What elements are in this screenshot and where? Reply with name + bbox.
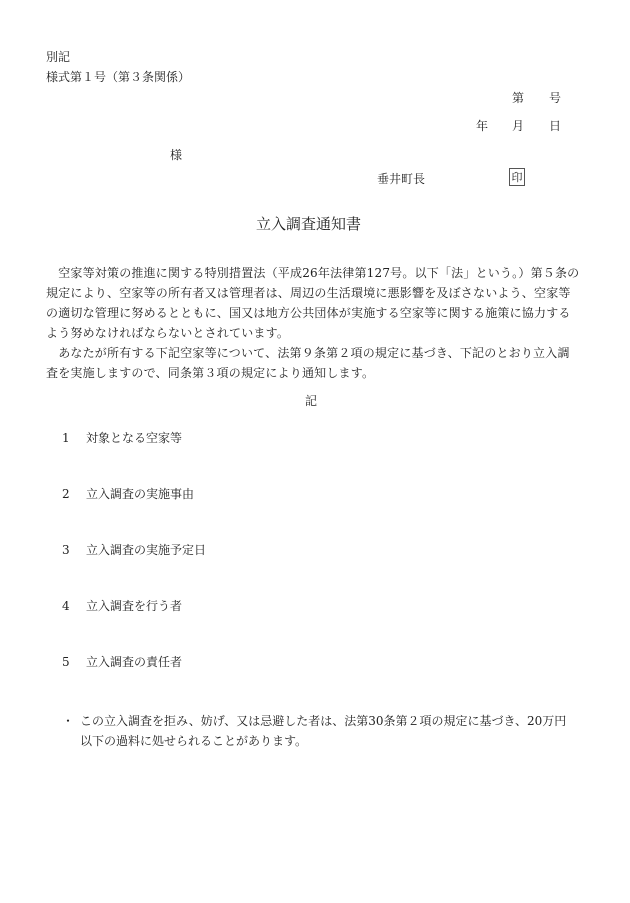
body-line: の適切な管理に努めるとともに、国又は地方公共団体が実施する空家等に関する施策に協…: [46, 303, 586, 323]
body-paragraph: 空家等対策の推進に関する特別措置法（平成26年法律第127号。以下「法」という。…: [46, 263, 586, 383]
item-label: 立入調査を行う者: [86, 599, 182, 613]
item-label: 立入調査の実施事由: [86, 487, 194, 501]
annex-label: 別記: [46, 51, 70, 63]
item-number: 4: [62, 600, 86, 612]
item-number: 2: [62, 488, 86, 500]
date-month: 月: [512, 120, 524, 132]
bullet-icon: ・: [62, 711, 80, 731]
body-line: よう努めなければならないとされています。: [46, 323, 586, 343]
body-line: 空家等対策の推進に関する特別措置法（平成26年法律第127号。以下「法」という。…: [46, 263, 586, 283]
item-label: 対象となる空家等: [86, 431, 182, 445]
document-number-prefix: 第: [512, 92, 524, 104]
addressee-honorific: 様: [170, 149, 182, 161]
list-item: 2立入調査の実施事由: [62, 488, 194, 500]
date-year: 年: [476, 120, 488, 132]
ki-heading: 記: [305, 395, 317, 407]
date-day: 日: [549, 120, 561, 132]
document-number-suffix: 号: [549, 92, 561, 104]
item-number: 1: [62, 432, 86, 444]
body-line: あなたが所有する下記空家等について、法第９条第２項の規定に基づき、下記のとおり立…: [46, 343, 586, 363]
note-line: この立入調査を拒み、妨げ、又は忌避した者は、法第30条第２項の規定に基づき、20…: [80, 714, 566, 728]
form-number: 様式第１号（第３条関係）: [46, 71, 190, 83]
document-title: 立入調査通知書: [256, 217, 361, 232]
item-number: 3: [62, 544, 86, 556]
issuer-name: 垂井町長: [377, 173, 425, 185]
item-label: 立入調査の責任者: [86, 655, 182, 669]
item-label: 立入調査の実施予定日: [86, 543, 206, 557]
body-line: 規定により、空家等の所有者又は管理者は、周辺の生活環境に悪影響を及ぼさないよう、…: [46, 283, 586, 303]
list-item: 1対象となる空家等: [62, 432, 182, 444]
item-number: 5: [62, 656, 86, 668]
list-item: 4立入調査を行う者: [62, 600, 182, 612]
body-line: 査を実施しますので、同条第３項の規定により通知します。: [46, 363, 586, 383]
list-item: 3立入調査の実施予定日: [62, 544, 206, 556]
note-line: 以下の過料に処せられることがあります。: [62, 731, 566, 751]
seal-stamp-icon: 印: [509, 168, 525, 186]
list-item: 5立入調査の責任者: [62, 656, 182, 668]
penalty-note: ・この立入調査を拒み、妨げ、又は忌避した者は、法第30条第２項の規定に基づき、2…: [62, 711, 566, 751]
